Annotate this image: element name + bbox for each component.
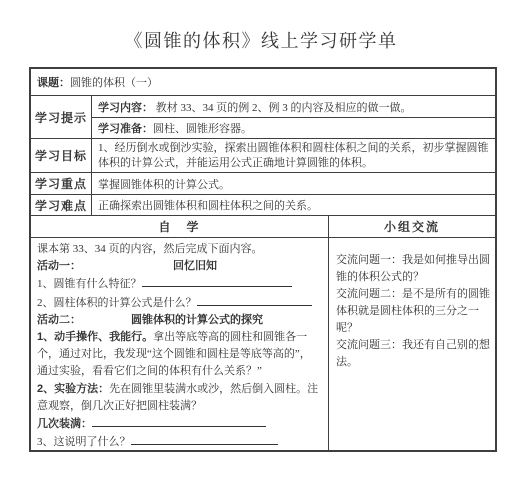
difficulty-label: 学习难点 bbox=[31, 195, 92, 215]
focus-text: 掌握圆锥体积的计算公式。 bbox=[92, 173, 495, 194]
discussion-item-3: 交流问题三：我还有自己别的想法。 bbox=[336, 337, 491, 371]
step1-paragraph: 1、动手操作、我能行。拿出等底等高的圆柱和圆锥各一个，通过对比，我发现“这个圆锥… bbox=[37, 329, 320, 381]
self-study-intro: 课本第 33、34 页的内容，然后完成下面内容。 bbox=[37, 241, 320, 258]
group-discussion-header: 小组交流 bbox=[329, 216, 495, 237]
question2-blank-line bbox=[197, 294, 312, 306]
topic-value: 圆锥的体积（一） bbox=[70, 77, 158, 89]
hint-content-subrow: 学习内容： 教材 33、34 页的例 2、例 3 的内容及相应的做一做。 bbox=[92, 96, 495, 117]
question3-line: 3、这说明了什么？ bbox=[37, 433, 320, 450]
question1-blank-line bbox=[142, 275, 292, 287]
hint-prep-subrow: 学习准备：圆柱、圆锥形容器。 bbox=[92, 117, 495, 138]
self-study-header: 自 学 bbox=[31, 216, 329, 237]
page-title: 《圆锥的体积》线上学习研学单 bbox=[0, 0, 522, 53]
step1-lead: 1、动手操作、我能行。 bbox=[37, 331, 153, 343]
focus-label: 学习重点 bbox=[31, 173, 92, 194]
activity2-title: 圆锥体积的计算公式的探究 bbox=[131, 314, 263, 326]
question3-text: 3、这说明了什么？ bbox=[37, 436, 131, 448]
fill-count-label: 几次装满： bbox=[37, 418, 92, 430]
topic-cell: 课题：圆锥的体积（一） bbox=[31, 69, 495, 95]
group-discussion-cell: 交流问题一：我是如何推导出圆锥的体积公式的？ 交流问题二：是不是所有的圆锥体积就… bbox=[329, 238, 495, 450]
goal-row: 学习目标 1、经历倒水或倒沙实验，探索出圆锥体积和圆柱体积之间的关系，初步掌握圆… bbox=[31, 138, 495, 172]
self-study-cell: 课本第 33、34 页的内容，然后完成下面内容。 活动一：回忆旧知 1、圆锥有什… bbox=[31, 238, 329, 450]
step2-paragraph: 2、实验方法：先在圆锥里装满水或沙，然后倒入圆柱。注意观察，倒几次正好把圆柱装满… bbox=[37, 381, 320, 415]
question2-line: 2、圆柱体积的计算公式是什么？ bbox=[37, 294, 320, 312]
content-text: 教材 33、34 页的例 2、例 3 的内容及相应的做一做。 bbox=[153, 102, 412, 114]
goal-label: 学习目标 bbox=[31, 139, 92, 172]
prep-text: 圆柱、圆锥形容器。 bbox=[153, 123, 252, 135]
activity2-line: 活动二：圆锥体积的计算公式的探究 bbox=[37, 312, 320, 329]
discussion-item-2: 交流问题二：是不是所有的圆锥体积就是圆柱体积的三分之一呢？ bbox=[336, 286, 491, 337]
activity2-label: 活动二： bbox=[37, 314, 81, 326]
topic-row: 课题：圆锥的体积（一） bbox=[31, 69, 495, 95]
difficulty-text: 正确探索出圆锥体积和圆柱体积之间的关系。 bbox=[92, 195, 495, 215]
question1-text: 1、圆锥有什么特征？ bbox=[37, 278, 142, 290]
goal-text: 1、经历倒水或倒沙实验，探索出圆锥体积和圆柱体积之间的关系，初步掌握圆锥体积的计… bbox=[92, 139, 495, 172]
content-row: 课本第 33、34 页的内容，然后完成下面内容。 活动一：回忆旧知 1、圆锥有什… bbox=[31, 237, 495, 450]
worksheet-table: 课题：圆锥的体积（一） 学习提示 学习内容： 教材 33、34 页的例 2、例 … bbox=[29, 67, 497, 452]
hint-label: 学习提示 bbox=[31, 96, 92, 138]
activity1-line: 活动一：回忆旧知 bbox=[37, 258, 320, 275]
question1-line: 1、圆锥有什么特征？ bbox=[37, 275, 320, 293]
step2-lead: 2、实验方法： bbox=[37, 383, 109, 395]
hint-subcolumn: 学习内容： 教材 33、34 页的例 2、例 3 的内容及相应的做一做。 学习准… bbox=[92, 96, 495, 138]
activity1-label: 活动一： bbox=[37, 260, 81, 272]
question2-text: 2、圆柱体积的计算公式是什么？ bbox=[37, 297, 197, 309]
discussion-item-1: 交流问题一：我是如何推导出圆锥的体积公式的？ bbox=[336, 252, 491, 286]
question3-blank-line bbox=[131, 433, 278, 445]
topic-label: 课题： bbox=[37, 77, 70, 89]
content-label: 学习内容： bbox=[98, 102, 153, 114]
focus-row: 学习重点 掌握圆锥体积的计算公式。 bbox=[31, 172, 495, 194]
fill-count-line: 几次装满： bbox=[37, 415, 320, 433]
fill-count-blank-line bbox=[92, 415, 266, 427]
prep-label: 学习准备： bbox=[98, 123, 153, 135]
hint-row: 学习提示 学习内容： 教材 33、34 页的例 2、例 3 的内容及相应的做一做… bbox=[31, 95, 495, 138]
difficulty-row: 学习难点 正确探索出圆锥体积和圆柱体积之间的关系。 bbox=[31, 194, 495, 215]
section-header-row: 自 学 小组交流 bbox=[31, 215, 495, 237]
activity1-title: 回忆旧知 bbox=[173, 260, 217, 272]
